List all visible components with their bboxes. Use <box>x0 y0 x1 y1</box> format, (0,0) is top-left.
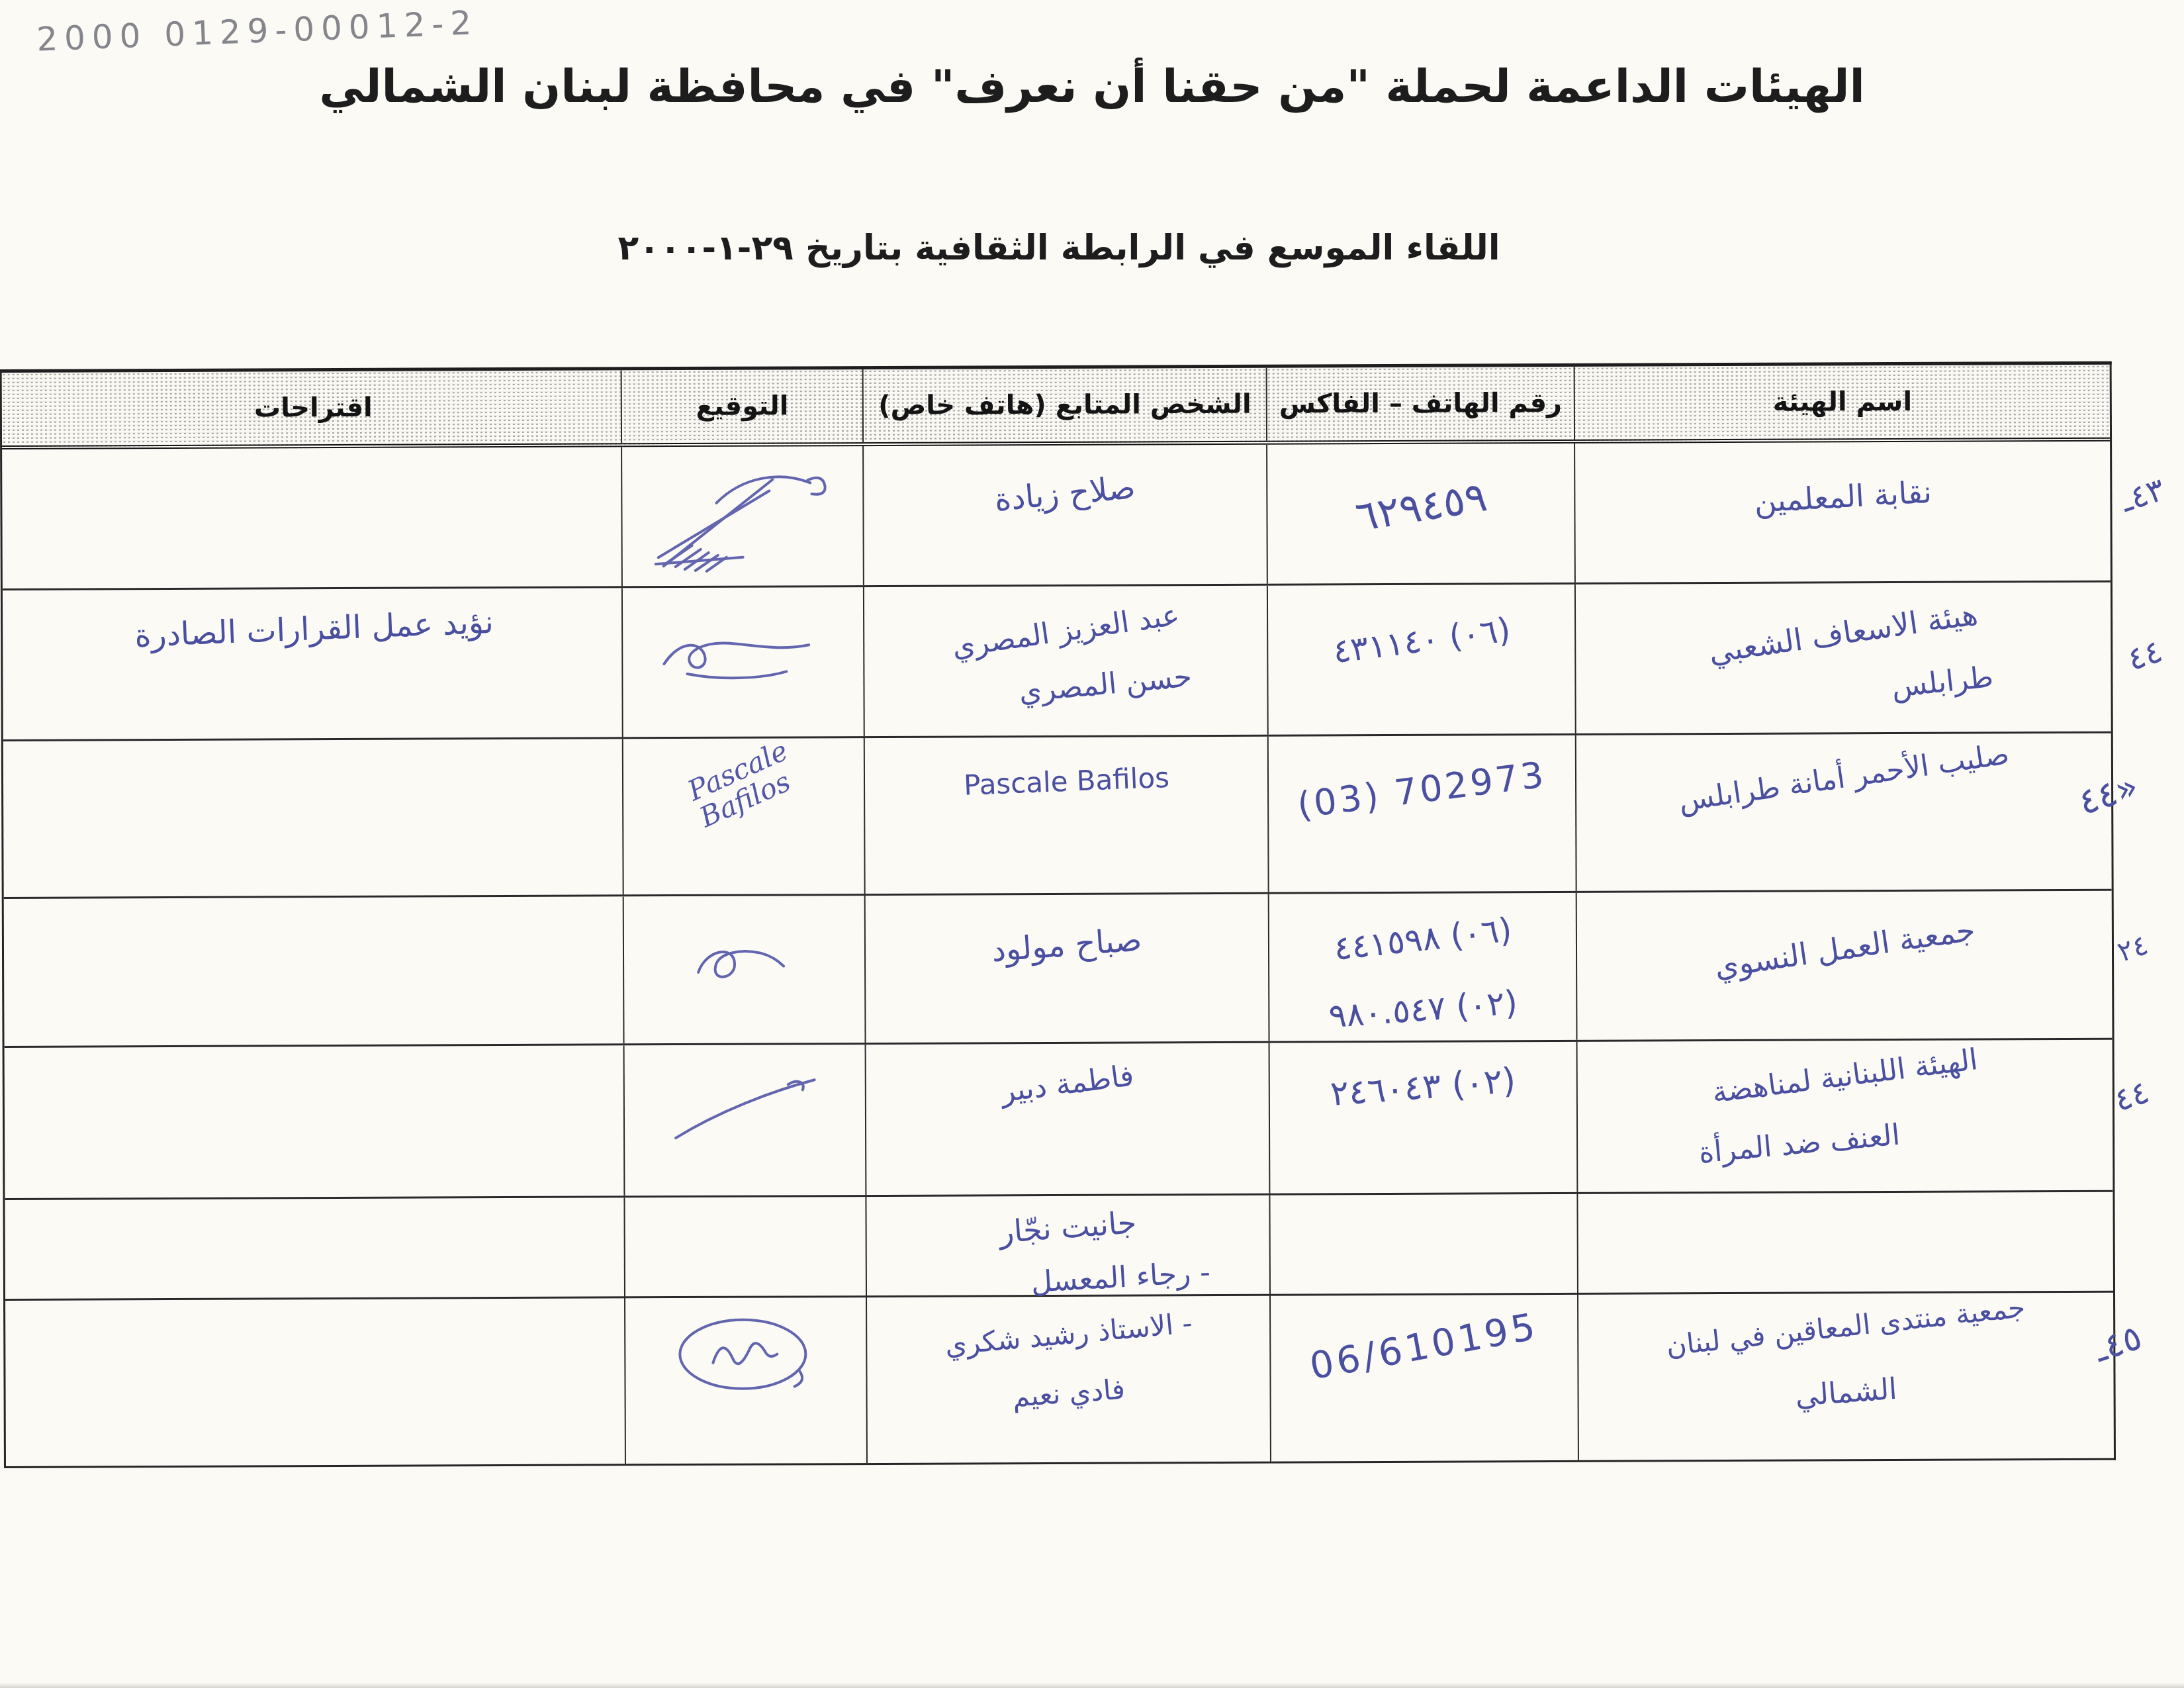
header-cell-person: الشخص المتابع (هاتف خاص) <box>862 368 1266 442</box>
cell-person: فاطمة دبير <box>865 1043 1269 1195</box>
table-row: هيئة الاسعاف الشعبي طرابلس (٠٦) ٤٣١١٤٠ ع… <box>3 583 2111 741</box>
table-row: الهيئة اللبنانية لمناهضة العنف ضد المرأة… <box>5 1040 2113 1200</box>
signature-script: Pascale Bafilos <box>684 736 804 833</box>
handwritten-org-name: الشمالي <box>1794 1372 1898 1413</box>
cell-suggestions <box>7 739 623 897</box>
cell-person: جانيت نجّار - رجاء المعسل <box>865 1196 1269 1298</box>
table-row: جمعية منتدى المعاقين في لبنان الشمالي 06… <box>5 1293 2114 1466</box>
cell-person: - الاستاذ رشيد شكري فادي نعيم <box>866 1296 1270 1463</box>
scanned-document-page: 2000 0129-00012-2 الهيئات الداعمة لحملة … <box>0 0 2184 1688</box>
header-cell-suggestions: اقتراحات <box>6 370 621 445</box>
cell-person: عبد العزيز المصري حسن المصري <box>863 586 1267 736</box>
scan-edge-shadow <box>0 1683 2184 1688</box>
ref-number: 2000 0129-00012-2 <box>36 3 478 59</box>
cell-signature: Pascale Bafilos <box>622 738 864 894</box>
cell-org-name <box>1576 1192 2113 1295</box>
handwritten-phone: 06/610195 <box>1306 1305 1541 1388</box>
handwritten-org-name: طرابلس <box>1889 660 1995 704</box>
handwritten-person: عبد العزيز المصري <box>950 598 1181 664</box>
handwritten-person: حسن المصري <box>1018 660 1193 710</box>
cell-org-name: صليب الأحمر أمانة طرابلس <box>1575 733 2112 891</box>
handwritten-person: جانيت نجّار <box>998 1204 1138 1250</box>
doc-subtitle: اللقاء الموسع في الرابطة الثقافية بتاريخ… <box>0 228 2118 268</box>
cell-org-name: جمعية منتدى المعاقين في لبنان الشمالي <box>1577 1293 2114 1460</box>
handwritten-org-name: هيئة الاسعاف الشعبي <box>1707 596 1980 670</box>
signature-scribble <box>678 925 810 999</box>
cell-suggestions <box>9 1197 624 1301</box>
cell-signature <box>623 1045 866 1196</box>
cell-phone: ٦٢٩٤٥٩ <box>1266 444 1574 584</box>
handwritten-phone: (03) 702973 <box>1295 753 1549 826</box>
cell-org-name: جمعية العمل النسوي <box>1576 891 2113 1040</box>
signature-scribble <box>665 1061 824 1148</box>
signature-scribble <box>643 456 842 583</box>
margin-note: ٤٤ <box>2110 1073 2154 1119</box>
handwritten-phone: (٠٢) ٢٤٦٠٤٣ <box>1329 1061 1517 1114</box>
table-row: صليب الأحمر أمانة طرابلس (03) 702973 Pas… <box>3 733 2112 899</box>
signature-stamp-monogram <box>670 1311 823 1404</box>
handwritten-org-name: العنف ضد المرأة <box>1697 1118 1901 1170</box>
handwritten-person: صباح مولود <box>991 921 1144 970</box>
cell-suggestions <box>9 1298 625 1466</box>
handwritten-org-name: نقابة المعلمين <box>1753 474 1933 520</box>
signature-scribble <box>651 617 836 697</box>
margin-note: ٤٣ـ <box>2116 471 2169 520</box>
cell-signature <box>621 587 864 737</box>
handwritten-phone: (٠٢) ٩٨٠.٥٤٧ <box>1327 983 1518 1035</box>
handwritten-person: - الاستاذ رشيد شكري <box>943 1307 1193 1362</box>
handwritten-phone: (٠٦) ٤٤١٥٩٨ <box>1332 910 1513 968</box>
cell-phone: (٠٦) ٤٣١١٤٠ <box>1267 585 1575 735</box>
table-header-row: اسم الهيئة رقم الهاتف – الفاكس الشخص الم… <box>2 365 2110 449</box>
handwritten-phone: (٠٦) ٤٣١١٤٠ <box>1330 610 1512 671</box>
cell-suggestions <box>8 896 623 1046</box>
cell-phone: (٠٦) ٤٤١٥٩٨ (٠٢) ٩٨٠.٥٤٧ <box>1268 893 1576 1041</box>
cell-suggestions: نؤيد عمل القرارات الصادرة <box>7 588 622 739</box>
cell-person: Pascale Bafilos <box>864 737 1268 894</box>
table-row: جمعية العمل النسوي (٠٦) ٤٤١٥٩٨ (٠٢) ٩٨٠.… <box>4 891 2113 1048</box>
cell-org-name: نقابة المعلمين <box>1574 442 2111 583</box>
handwritten-org-name: صليب الأحمر أمانة طرابلس <box>1676 737 2011 819</box>
header-cell-phone: رقم الهاتف – الفاكس <box>1266 367 1574 441</box>
cell-signature <box>623 896 865 1043</box>
handwritten-org-name: جمعية منتدى المعاقين في لبنان <box>1665 1291 2027 1362</box>
cell-org-name: الهيئة اللبنانية لمناهضة العنف ضد المرأة <box>1576 1040 2113 1192</box>
margin-note: ٢٤ <box>2114 928 2152 968</box>
header-cell-name: اسم الهيئة <box>1574 365 2110 440</box>
cell-phone: (٠٢) ٢٤٦٠٤٣ <box>1269 1042 1577 1194</box>
cell-suggestions <box>6 447 621 588</box>
cell-person: صلاح زيادة <box>862 445 1267 585</box>
cell-suggestions <box>9 1045 624 1198</box>
handwritten-org-name: جمعية العمل النسوي <box>1712 912 1978 984</box>
cell-phone: 06/610195 <box>1269 1295 1578 1462</box>
handwritten-phone: ٦٢٩٤٥٩ <box>1351 472 1490 541</box>
table-row: نقابة المعلمين ٦٢٩٤٥٩ صلاح زيادة <box>2 442 2111 590</box>
org-table: اسم الهيئة رقم الهاتف – الفاكس الشخص الم… <box>0 361 2116 1468</box>
handwritten-person: Pascale Bafilos <box>963 761 1170 802</box>
handwritten-person: فادي نعيم <box>1011 1373 1126 1413</box>
cell-person: صباح مولود <box>864 894 1269 1043</box>
doc-title: الهيئات الداعمة لحملة "من حقنا أن نعرف" … <box>0 61 2184 113</box>
handwritten-person: صلاح زيادة <box>993 469 1138 518</box>
handwritten-person: - رجاء المعسل <box>1030 1256 1212 1299</box>
header-cell-signature: التوقيع <box>621 369 862 443</box>
handwritten-org-name: الهيئة اللبنانية لمناهضة <box>1710 1043 1979 1109</box>
cell-phone: (03) 702973 <box>1267 735 1576 892</box>
cell-org-name: هيئة الاسعاف الشعبي طرابلس <box>1574 583 2111 733</box>
cell-signature <box>623 1197 866 1299</box>
cell-phone <box>1269 1194 1577 1297</box>
handwritten-suggestion: نؤيد عمل القرارات الصادرة <box>134 604 494 655</box>
cell-signature <box>624 1297 866 1464</box>
handwritten-person: فاطمة دبير <box>999 1058 1136 1109</box>
margin-note: ٤٤ <box>2123 632 2167 678</box>
table-row: جانيت نجّار - رجاء المعسل <box>5 1192 2113 1301</box>
cell-signature <box>621 446 863 586</box>
